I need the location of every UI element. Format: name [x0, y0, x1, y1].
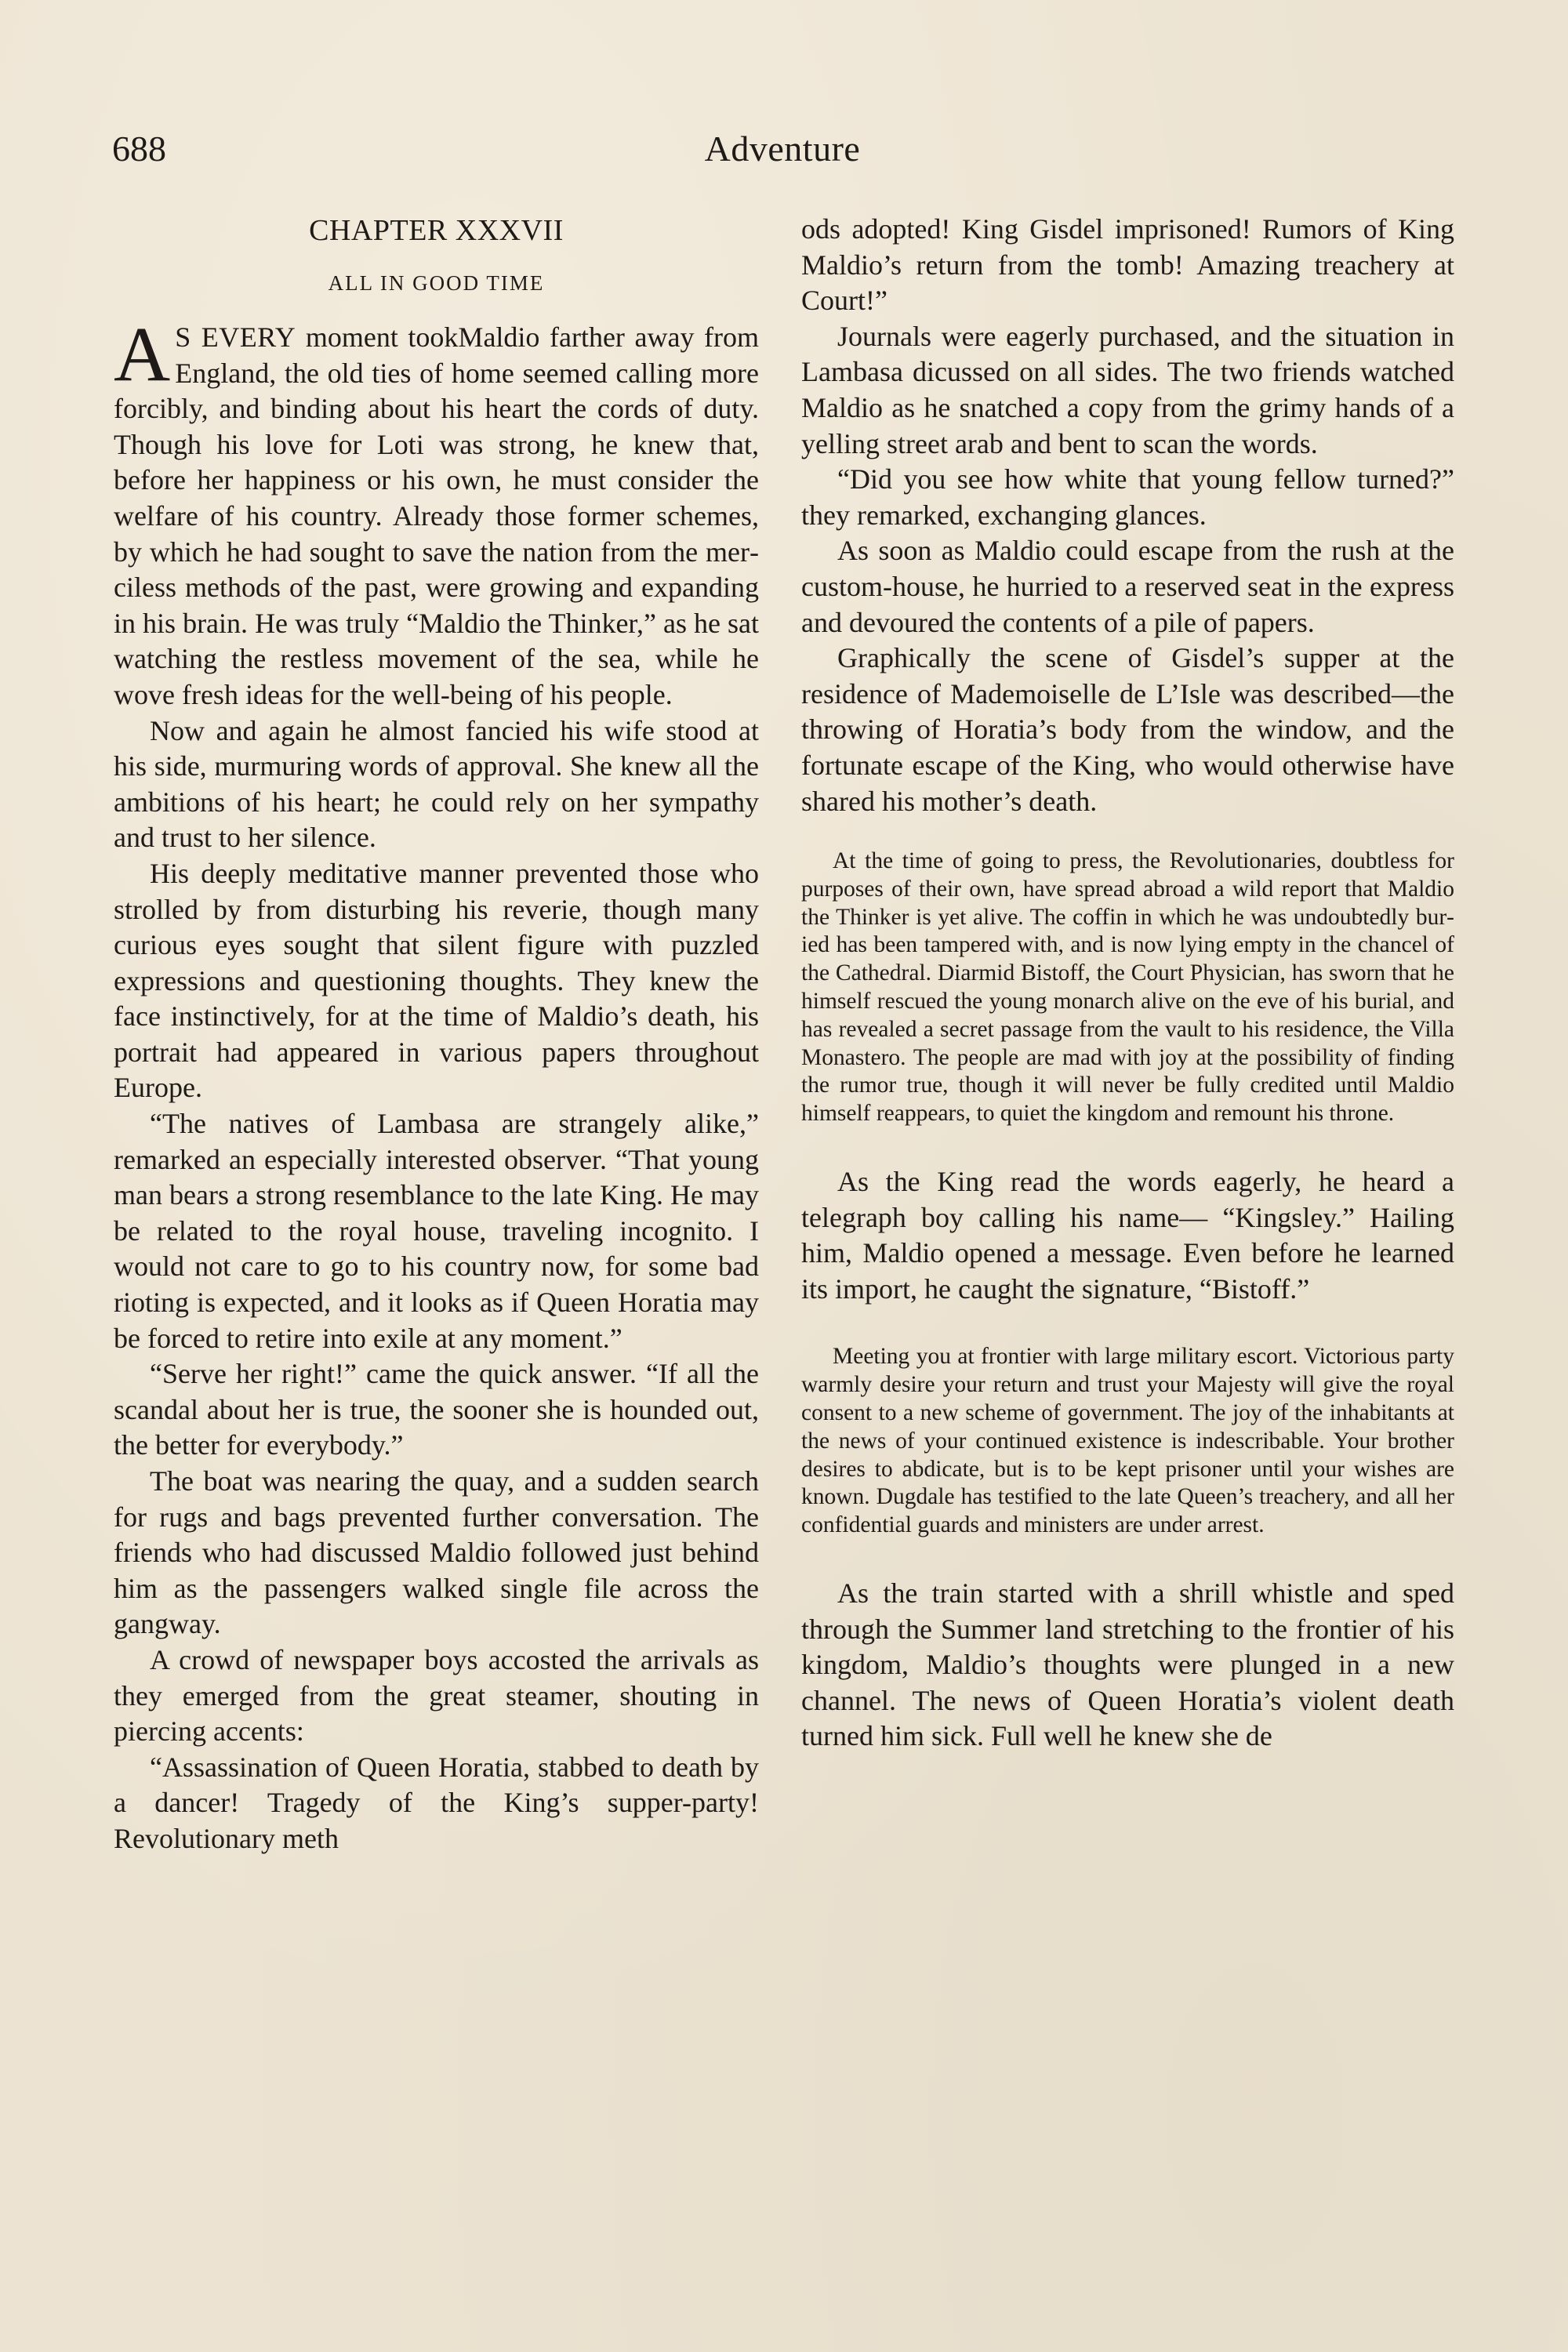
opening-paragraph: AS EVERY moment tookMaldio farther away …: [114, 320, 759, 713]
news-report-text: At the time of going to press, the Revol…: [801, 848, 1454, 1128]
paragraph: As the train started with a shrill whist…: [801, 1576, 1454, 1755]
paragraph: His deeply meditative manner prevented t…: [114, 856, 759, 1106]
magazine-page: 688 Adventure CHAPTER XXXVII ALL IN GOOD…: [0, 0, 1568, 2352]
chapter-subtitle: ALL IN GOOD TIME: [114, 270, 759, 296]
paragraph: Now and again he almost fancied his wife…: [114, 713, 759, 856]
spacer: [801, 1128, 1454, 1164]
news-report-inset: At the time of going to press, the Revol…: [801, 848, 1454, 1128]
paragraph: The boat was nearing the quay, and a sud…: [114, 1464, 759, 1642]
paragraph: “The natives of Lambasa are strangely al…: [114, 1106, 759, 1356]
continued-paragraph: ods adopted! King Gisdel imprisoned! Rum…: [801, 212, 1454, 319]
opening-text: moment tookMaldio farther away from Engl…: [114, 321, 759, 710]
spacer: [801, 1540, 1454, 1576]
paragraph: A crowd of newspaper boys accosted the a…: [114, 1642, 759, 1750]
spacer: [801, 819, 1454, 848]
spacer: [801, 1307, 1454, 1343]
left-column: CHAPTER XXXVII ALL IN GOOD TIME AS EVERY…: [114, 212, 759, 1857]
paragraph: As the King read the words eagerly, he h…: [801, 1164, 1454, 1307]
paragraph: “Assassination of Queen Horatia, stabbed…: [114, 1750, 759, 1857]
paragraph: Journals were eagerly purchased, and the…: [801, 319, 1454, 462]
running-head: 688 Adventure: [112, 125, 1453, 172]
right-column: ods adopted! King Gisdel imprisoned! Rum…: [801, 212, 1454, 1755]
paragraph: “Serve her right!” came the quick an­swe…: [114, 1356, 759, 1464]
chapter-title: CHAPTER XXXVII: [114, 212, 759, 249]
opening-lead: S EVERY: [175, 321, 296, 353]
telegram-inset: Meeting you at frontier with large milit…: [801, 1343, 1454, 1540]
paragraph: As soon as Maldio could escape from the …: [801, 533, 1454, 641]
drop-cap: A: [114, 325, 170, 384]
paragraph: “Did you see how white that young fel­lo…: [801, 462, 1454, 533]
telegram-text: Meeting you at frontier with large milit…: [801, 1343, 1454, 1540]
paragraph: Graphically the scene of Gisdel’s supper…: [801, 641, 1454, 819]
journal-title: Adventure: [112, 125, 1453, 172]
